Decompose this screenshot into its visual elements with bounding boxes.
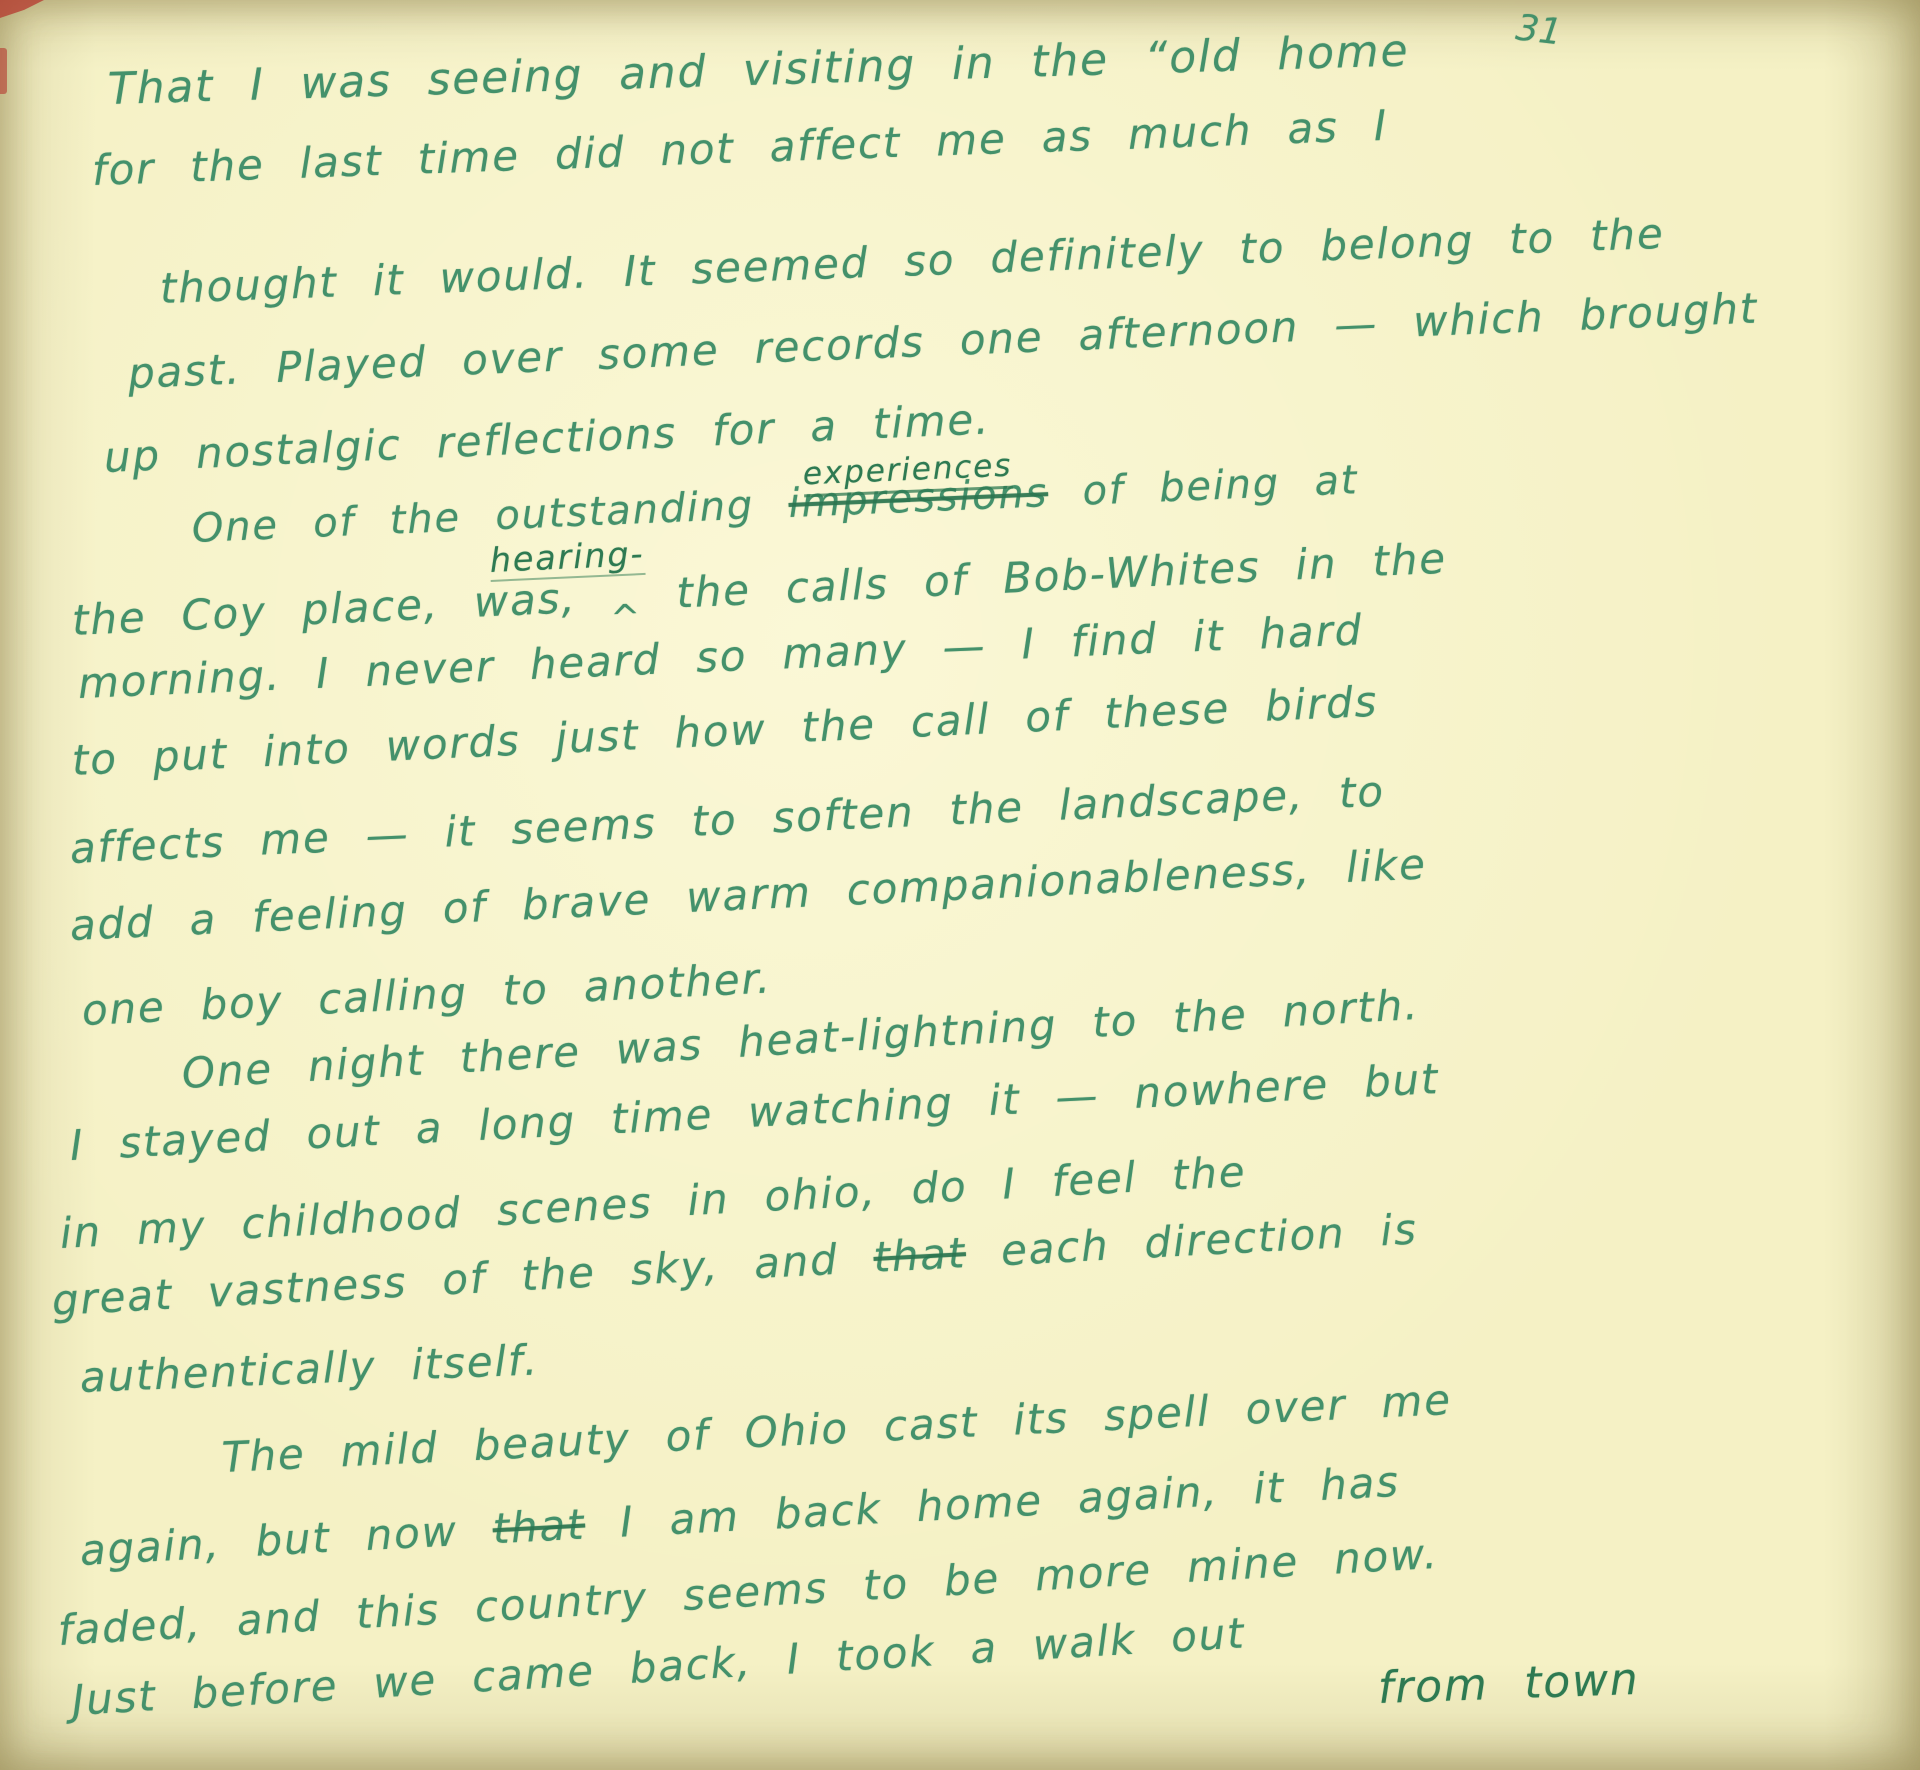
scan-edge-mark bbox=[0, 48, 7, 94]
caret-mark: ^ bbox=[610, 597, 644, 639]
line-text: each direction is bbox=[1000, 1204, 1419, 1275]
line-text: from town bbox=[1377, 1654, 1640, 1714]
line-text: the Coy place, was, bbox=[71, 573, 577, 645]
handwritten-line: authentically itself. bbox=[79, 1335, 540, 1402]
line-text: again, but now bbox=[79, 1506, 459, 1575]
line-text: authentically itself. bbox=[79, 1335, 540, 1402]
inserted-word: hearing- bbox=[489, 534, 645, 582]
diary-page: 31 That I was seeing and visiting in the… bbox=[0, 0, 1920, 1770]
inserted-word: experiences bbox=[802, 448, 1013, 498]
scan-edge-mark bbox=[0, 0, 44, 18]
page-number: 31 bbox=[1514, 7, 1564, 53]
handwritten-line: One of the outstanding experiences impre… bbox=[191, 457, 1359, 552]
line-text: I am back home again, it has bbox=[619, 1457, 1401, 1547]
insertion: hearing- ^ bbox=[610, 567, 642, 610]
handwritten-line: for the last time did not affect me as m… bbox=[91, 101, 1389, 195]
line-text: for the last time did not affect me as m… bbox=[91, 101, 1389, 195]
line-text: One of the outstanding bbox=[191, 482, 755, 552]
struck-word: that bbox=[872, 1228, 967, 1282]
catchword-line: from town bbox=[1377, 1654, 1640, 1714]
handwritten-line: That I was seeing and visiting in the “o… bbox=[107, 25, 1410, 115]
line-text: of being at bbox=[1082, 457, 1360, 515]
line-text: the calls of Bob-Whites in the bbox=[675, 534, 1447, 618]
struck-word: that bbox=[491, 1500, 586, 1554]
correction: experiences impressions bbox=[788, 470, 1049, 527]
line-text: That I was seeing and visiting in the “o… bbox=[107, 25, 1410, 115]
